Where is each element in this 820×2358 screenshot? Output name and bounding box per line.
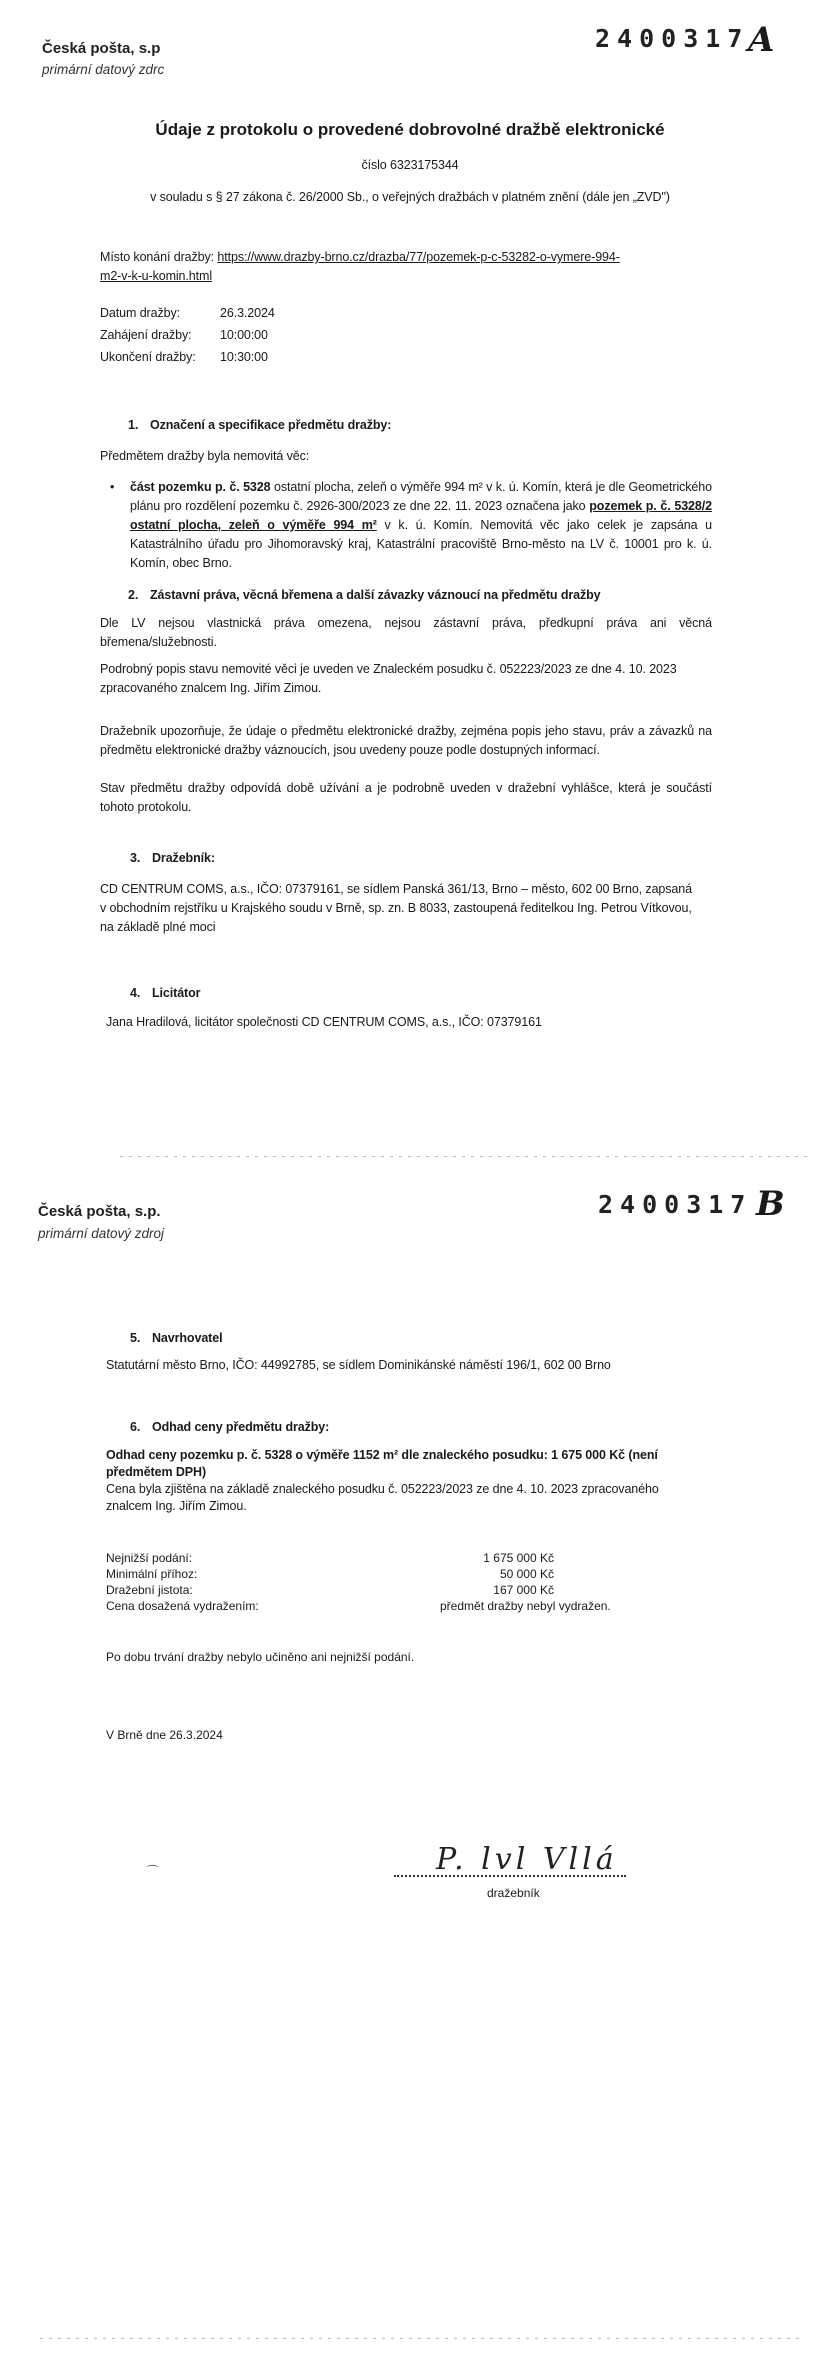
header-subtitle: primární datový zdroj: [38, 1226, 164, 1241]
section-1-bullet: • část pozemku p. č. 5328 ostatní plocha…: [130, 478, 712, 573]
header-organization: Česká pošta, s.p.: [38, 1203, 161, 1220]
section-4-heading: 4.Licitátor: [130, 984, 200, 1003]
venue-label: Místo konání dražby:: [100, 250, 217, 264]
price-row-lowest-bid: Nejnižší podání: 1 675 000 Kč: [106, 1550, 626, 1566]
price-row-final-price: Cena dosažená vydražením: předmět dražby…: [106, 1598, 626, 1614]
detail-row-start: Zahájení dražby:10:00:00: [100, 326, 275, 348]
signature-role: dražebník: [487, 1886, 540, 1900]
section-2-para-1: Dle LV nejsou vlastnická práva omezena, …: [100, 614, 712, 652]
stamp-number: 2400317: [598, 1190, 752, 1219]
signature-line: [394, 1875, 626, 1877]
header-subtitle: primární datový zdrc: [42, 62, 164, 77]
bullet-icon: •: [110, 478, 114, 497]
auction-venue: Místo konání dražby: https://www.drazby-…: [100, 248, 690, 286]
legal-basis: v souladu s § 27 zákona č. 26/2000 Sb., …: [0, 188, 820, 207]
section-3-heading: 3.Dražebník:: [130, 849, 215, 868]
price-estimate: Odhad ceny pozemku p. č. 5328 o výměře 1…: [106, 1447, 706, 1481]
section-4-para: Jana Hradilová, licitátor společnosti CD…: [106, 1013, 542, 1032]
stamp-letter: A: [748, 20, 774, 60]
auction-details: Datum dražby:26.3.2024 Zahájení dražby:1…: [100, 304, 275, 370]
detail-row-date: Datum dražby:26.3.2024: [100, 304, 275, 326]
section-2-para-3: Dražebník upozorňuje, že údaje o předmět…: [100, 722, 712, 760]
stamp-letter: B: [756, 1184, 785, 1224]
section-6-heading: 6.Odhad ceny předmětu dražby:: [130, 1418, 329, 1437]
place-date: V Brně dne 26.3.2024: [106, 1728, 223, 1742]
scan-bottom-artifact: [40, 2338, 800, 2339]
page-break-scan-artifact: [120, 1156, 810, 1157]
price-row-min-increment: Minimální příhoz: 50 000 Kč: [106, 1566, 626, 1582]
section-5-para: Statutární město Brno, IČO: 44992785, se…: [106, 1356, 611, 1375]
price-row-deposit: Dražební jistota: 167 000 Kč: [106, 1582, 626, 1598]
initials-mark: ⌒: [144, 1862, 156, 1879]
section-3-para: CD CENTRUM COMS, a.s., IČO: 07379161, se…: [100, 880, 700, 937]
protocol-number: číslo 6323175344: [0, 156, 820, 175]
handwritten-signature: P. lvl Vllá: [436, 1842, 618, 1877]
price-table: Nejnižší podání: 1 675 000 Kč Minimální …: [106, 1550, 626, 1614]
section-1-heading: 1.Označení a specifikace předmětu dražby…: [128, 416, 391, 435]
section-5-heading: 5.Navrhovatel: [130, 1329, 222, 1348]
header-organization: Česká pošta, s.p: [42, 40, 160, 57]
section-1-intro: Předmětem dražby byla nemovitá věc:: [100, 447, 309, 466]
detail-row-end: Ukončení dražby:10:30:00: [100, 348, 275, 370]
document-title: Údaje z protokolu o provedené dobrovolné…: [0, 120, 820, 140]
stamp-number: 2400317: [595, 24, 749, 53]
section-2-heading: 2.Zástavní práva, věcná břemena a další …: [128, 586, 601, 605]
section-2-para-2: Podrobný popis stavu nemovité věci je uv…: [100, 660, 712, 698]
no-bid-note: Po dobu trvání dražby nebylo učiněno ani…: [106, 1650, 414, 1664]
section-2-para-4: Stav předmětu dražby odpovídá době užívá…: [100, 779, 712, 817]
price-estimate-note: Cena byla zjištěna na základě znaleckého…: [106, 1481, 706, 1515]
